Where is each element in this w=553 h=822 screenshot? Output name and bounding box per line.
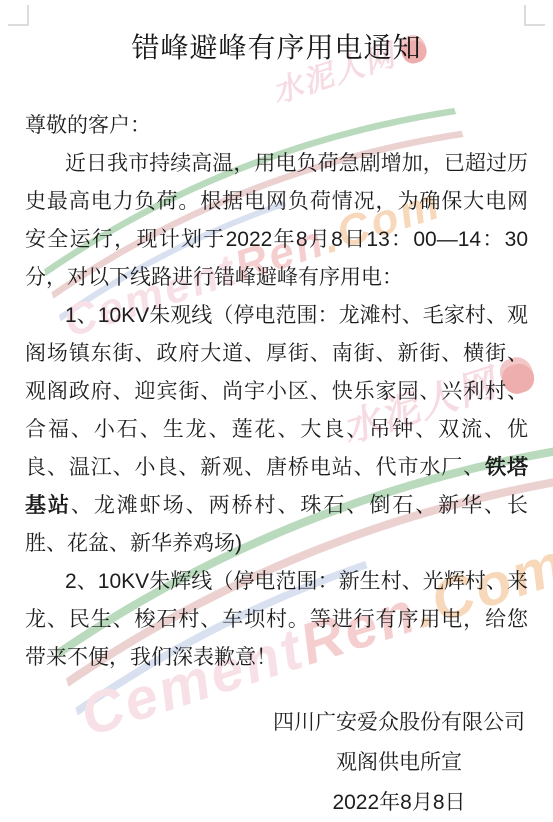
intro-text: 近日我市持续高温，用电负荷急剧增加，已超过历史最高电力负荷。根据电网负荷情况，为… — [25, 152, 528, 289]
margin-corner-mark-right — [524, 5, 545, 26]
signature-department: 观阁供电所宣 — [273, 743, 525, 783]
margin-corner-mark-left — [8, 5, 29, 26]
signature-block: 四川广安爱众股份有限公司 观阁供电所宣 2022年8月8日 — [273, 703, 525, 822]
salutation: 尊敬的客户： — [25, 107, 528, 145]
outage-item-1: 1、10KV朱观线（停电范围：龙滩村、毛家村、观阁场镇东街、政府大道、厚街、南街… — [25, 297, 528, 563]
signature-date: 2022年8月8日 — [273, 783, 525, 822]
intro-paragraph: 近日我市持续高温，用电负荷急剧增加，已超过历史最高电力负荷。根据电网负荷情况，为… — [25, 145, 528, 297]
page-title: 错峰避峰有序用电通知 — [25, 26, 528, 66]
notice-content: 错峰避峰有序用电通知 尊敬的客户： 近日我市持续高温，用电负荷急剧增加，已超过历… — [0, 26, 553, 822]
signature-company: 四川广安爱众股份有限公司 — [273, 703, 525, 743]
outage-item-1-text: 1、10KV朱观线（停电范围：龙滩村、毛家村、观阁场镇东街、政府大道、厚街、南街… — [25, 304, 528, 479]
outage-item-1-text-tail: 、龙滩虾场、两桥村、珠石、倒石、新华、长胜、花盆、新华养鸡场) — [25, 494, 528, 555]
outage-item-2: 2、10KV朱辉线（停电范围：新生村、光辉村、来龙、民生、梭石村、车坝村。等进行… — [25, 563, 528, 677]
outage-item-2-text: 2、10KV朱辉线（停电范围：新生村、光辉村、来龙、民生、梭石村、车坝村。等进行… — [25, 570, 528, 669]
document-page: 水泥人网 CementRen.Com 水泥人网 CementRen.Com 错峰… — [0, 0, 553, 822]
